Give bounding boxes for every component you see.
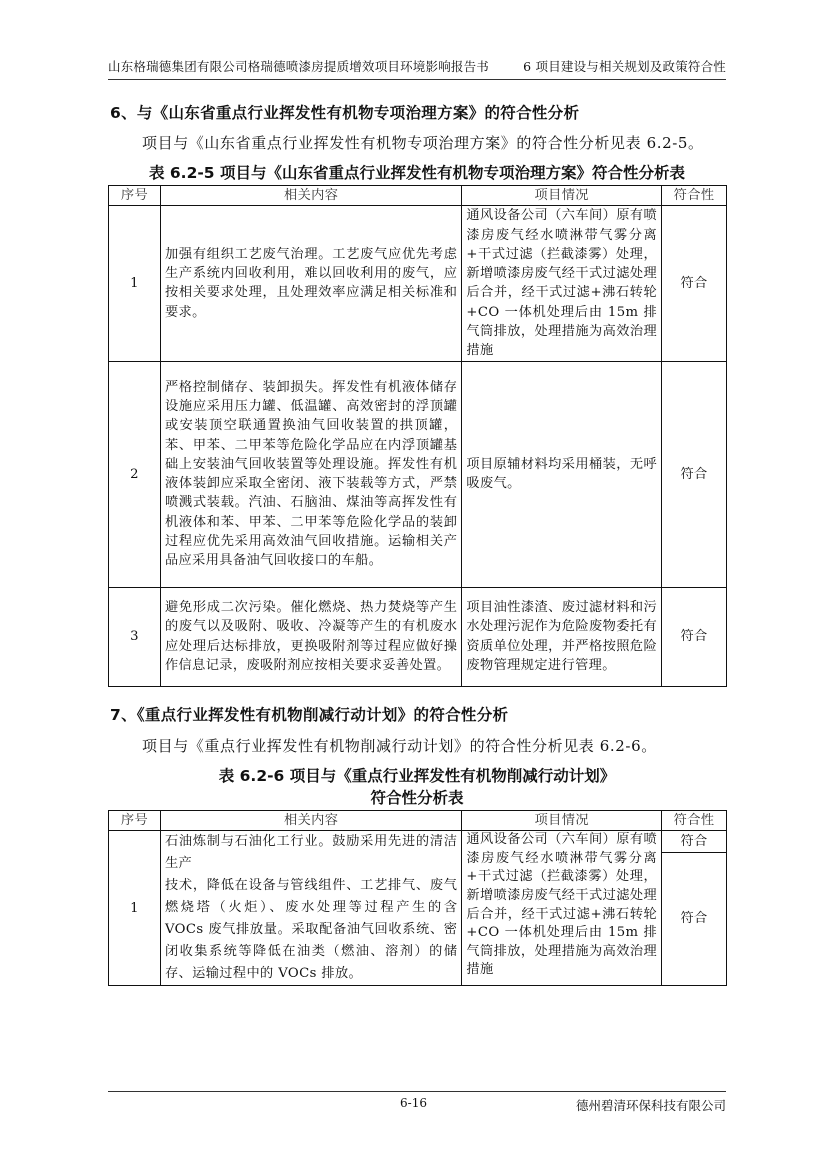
row-compliance: 符合 [662,206,727,361]
row-content: 石油炼制与石油化工行业。鼓励采用先进的清洁生产 技术，降低在设备与管线组件、工艺… [160,831,461,986]
row-no: 2 [109,361,161,587]
header-compliance: 符合性 [662,811,727,831]
header-content: 相关内容 [160,186,461,206]
row-content: 避免形成二次污染。催化燃烧、热力焚烧等产生的废气以及吸附、吸收、冷凝等产生的有机… [160,587,461,686]
row-compliance: 符合 [662,361,727,587]
table-row: 3 避免形成二次污染。催化燃烧、热力焚烧等产生的废气以及吸附、吸收、冷凝等产生的… [109,587,727,686]
row-compliance-bottom: 符合 [662,852,727,985]
table-row: 1 石油炼制与石油化工行业。鼓励采用先进的清洁生产 技术，降低在设备与管线组件、… [109,831,727,853]
row-compliance-top: 符合 [662,831,727,853]
table-row: 1 加强有组织工艺废气治理。工艺废气应优先考虑生产系统内回收利用，难以回收利用的… [109,206,727,361]
row-compliance: 符合 [662,587,727,686]
row-no: 3 [109,587,161,686]
header-compliance: 符合性 [662,186,727,206]
page-header: 山东格瑞德集团有限公司格瑞德喷漆房提质增效项目环境影响报告书 6 项目建设与相关… [108,57,726,80]
table-6-2-5: 序号 相关内容 项目情况 符合性 1 加强有组织工艺废气治理。工艺废气应优先考虑… [108,185,727,687]
row-situation: 项目原辅材料均采用桶装，无呼吸废气。 [462,361,662,587]
header-content: 相关内容 [160,811,461,831]
section-6-paragraph: 项目与《山东省重点行业挥发性有机物专项治理方案》的符合性分析见表 6.2-5。 [142,132,704,153]
header-situation: 项目情况 [462,811,662,831]
table-6-2-5-caption: 表 6.2-5 项目与《山东省重点行业挥发性有机物专项治理方案》符合性分析表 [108,164,726,183]
page-number: 6-16 [400,1096,427,1110]
header-chapter-title: 6 项目建设与相关规划及政策符合性 [523,57,726,75]
section-7-heading: 7、《重点行业挥发性有机物削减行动计划》的符合性分析 [110,703,508,725]
row-content: 严格控制储存、装卸损失。挥发性有机液体储存设施应采用压力罐、低温罐、高效密封的浮… [160,361,461,587]
row-situation: 通风设备公司（六车间）原有喷漆房废气经水喷淋带气雾分离+干式过滤（拦截漆雾）处理… [462,831,662,986]
footer-divider [108,1091,726,1092]
row-situation: 通风设备公司（六车间）原有喷漆房废气经水喷淋带气雾分离+干式过滤（拦截漆雾）处理… [462,206,662,361]
row-content-line-2: 技术，降低在设备与管线组件、工艺排气、废气燃烧塔（火炬）、废水处理等过程产生的含… [165,875,457,985]
header-situation: 项目情况 [462,186,662,206]
header-no: 序号 [109,811,161,831]
footer-company: 德州碧清环保科技有限公司 [576,1096,726,1114]
table-header-row: 序号 相关内容 项目情况 符合性 [109,811,727,831]
table-row: 2 严格控制储存、装卸损失。挥发性有机液体储存设施应采用压力罐、低温罐、高效密封… [109,361,727,587]
header-no: 序号 [109,186,161,206]
header-report-title: 山东格瑞德集团有限公司格瑞德喷漆房提质增效项目环境影响报告书 [108,57,489,75]
table-6-2-6-caption-line1: 表 6.2-6 项目与《重点行业挥发性有机物削减行动计划》 [108,767,726,786]
row-content: 加强有组织工艺废气治理。工艺废气应优先考虑生产系统内回收利用，难以回收利用的废气… [160,206,461,361]
table-6-2-6-caption-line2: 符合性分析表 [108,789,726,808]
table-6-2-6: 序号 相关内容 项目情况 符合性 1 石油炼制与石油化工行业。鼓励采用先进的清洁… [108,810,727,986]
row-content-line-1: 石油炼制与石油化工行业。鼓励采用先进的清洁生产 [165,831,457,875]
section-6-heading: 6、与《山东省重点行业挥发性有机物专项治理方案》的符合性分析 [110,101,579,123]
section-7-paragraph: 项目与《重点行业挥发性有机物削减行动计划》的符合性分析见表 6.2-6。 [142,735,657,756]
table-header-row: 序号 相关内容 项目情况 符合性 [109,186,727,206]
row-no: 1 [109,831,161,986]
row-situation: 项目油性漆渣、废过滤材料和污水处理污泥作为危险废物委托有资质单位处理，并严格按照… [462,587,662,686]
row-no: 1 [109,206,161,361]
